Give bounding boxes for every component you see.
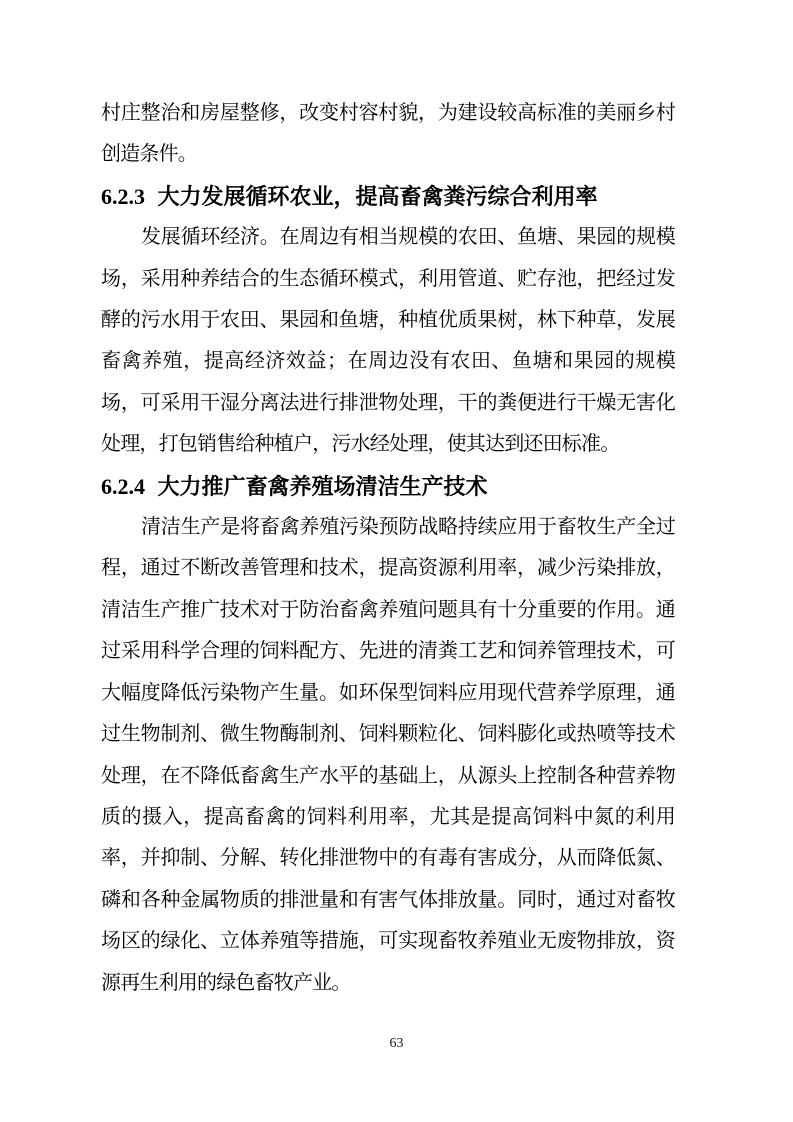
heading-title: 大力推广畜禽养殖场清洁生产技术 [158,474,488,499]
page-number: 63 [0,1035,793,1053]
heading-number: 6.2.3 [101,184,145,209]
heading-number: 6.2.4 [101,474,145,499]
section-paragraph-6-2-3: 发展循环经济。在周边有相当规模的农田、鱼塘、果园的规模场，采用种养结合的生态循环… [101,217,675,465]
paragraph-continuation: 村庄整治和房屋整修，改变村容村貌，为建设较高标准的美丽乡村创造条件。 [101,93,675,176]
section-paragraph-6-2-4: 清洁生产是将畜禽养殖污染预防战略持续应用于畜牧生产全过程，通过不断改善管理和技术… [101,507,675,1004]
section-heading-6-2-3: 6.2.3 大力发展循环农业，提高畜禽粪污综合利用率 [101,176,675,217]
page-content: 村庄整治和房屋整修，改变村容村貌，为建设较高标准的美丽乡村创造条件。 6.2.3… [101,93,675,1004]
heading-title: 大力发展循环农业，提高畜禽粪污综合利用率 [158,184,598,209]
section-heading-6-2-4: 6.2.4 大力推广畜禽养殖场清洁生产技术 [101,466,675,507]
document-page: 村庄整治和房屋整修，改变村容村貌，为建设较高标准的美丽乡村创造条件。 6.2.3… [0,0,793,1122]
